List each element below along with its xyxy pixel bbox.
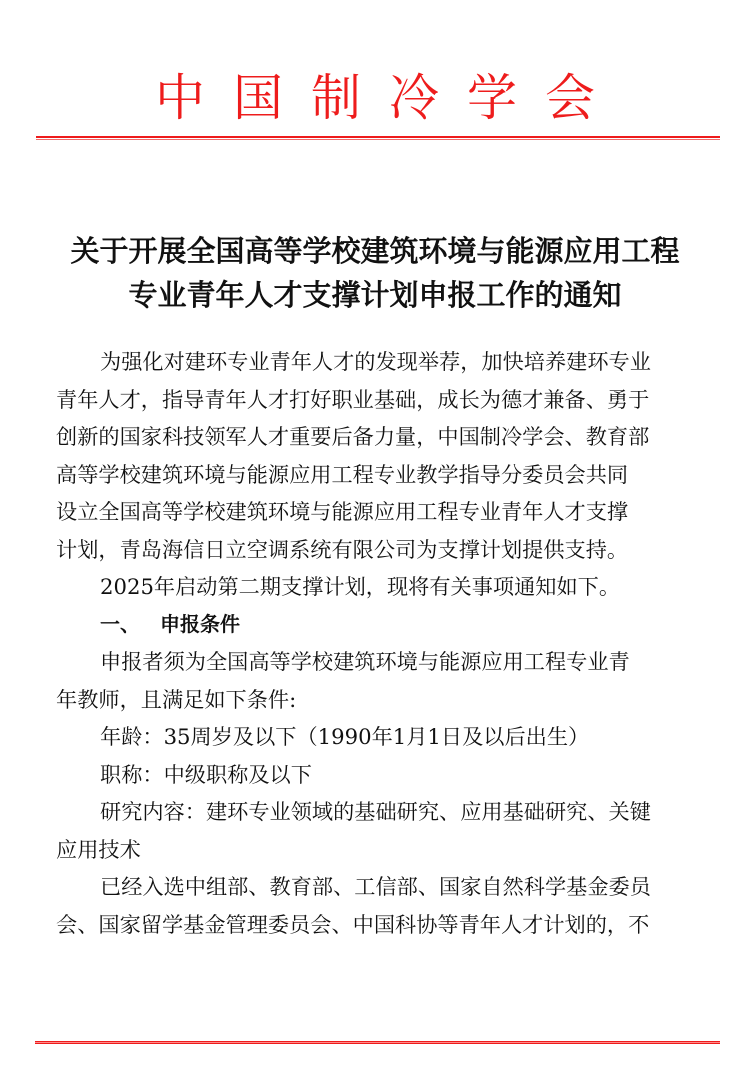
section-title: 申报条件	[160, 612, 240, 636]
age-requirement: 年龄：35周岁及以下（1990年1月1日及以后出生）	[56, 718, 696, 756]
text-line: 年教师，且满足如下条件:	[56, 681, 696, 719]
section-heading-1: 一、申报条件	[56, 606, 696, 644]
text-line: 会、国家留学基金管理委员会、中国科协等青年人才计划的，不	[56, 906, 696, 944]
text-line: 年龄：35周岁及以下（1990年1月1日及以后出生）	[56, 718, 696, 756]
text-line: 研究内容：建环专业领域的基础研究、应用基础研究、关键	[56, 793, 696, 831]
section-number: 一、	[100, 606, 160, 644]
exclusion-clause: 已经入选中组部、教育部、工信部、国家自然科学基金委员 会、国家留学基金管理委员会…	[56, 868, 696, 943]
text-line: 设立全国高等学校建筑环境与能源应用工程专业青年人才支撑	[56, 493, 696, 531]
intro-paragraph: 为强化对建环专业青年人才的发现举荐，加快培养建环专业 青年人才，指导青年人才打好…	[56, 343, 696, 568]
title-line-1: 关于开展全国高等学校建筑环境与能源应用工程	[0, 229, 750, 273]
footer-divider-highlight	[35, 1042, 720, 1043]
launch-paragraph: 2025年启动第二期支撑计划，现将有关事项通知如下。	[56, 568, 696, 606]
organization-letterhead: 中国制冷学会	[0, 68, 750, 128]
text-line: 青年人才，指导青年人才打好职业基础，成长为德才兼备、勇于	[56, 381, 696, 419]
document-body: 为强化对建环专业青年人才的发现举荐，加快培养建环专业 青年人才，指导青年人才打好…	[56, 343, 696, 943]
text-line: 申报者须为全国高等学校建筑环境与能源应用工程专业青	[56, 643, 696, 681]
title-line-2: 专业青年人才支撑计划申报工作的通知	[0, 273, 750, 317]
letterhead-divider-thick	[36, 136, 720, 138]
text-line: 应用技术	[56, 831, 696, 869]
text-line: 创新的国家科技领军人才重要后备力量，中国制冷学会、教育部	[56, 418, 696, 456]
eligibility-intro: 申报者须为全国高等学校建筑环境与能源应用工程专业青 年教师，且满足如下条件:	[56, 643, 696, 718]
document-title: 关于开展全国高等学校建筑环境与能源应用工程 专业青年人才支撑计划申报工作的通知	[0, 229, 750, 317]
text-line: 2025年启动第二期支撑计划，现将有关事项通知如下。	[56, 568, 696, 606]
text-line: 职称：中级职称及以下	[56, 756, 696, 794]
text-line: 计划，青岛海信日立空调系统有限公司为支撑计划提供支持。	[56, 531, 696, 569]
letterhead-divider-thin	[36, 139, 720, 140]
text-line: 高等学校建筑环境与能源应用工程专业教学指导分委员会共同	[56, 456, 696, 494]
title-requirement: 职称：中级职称及以下	[56, 756, 696, 794]
text-line: 为强化对建环专业青年人才的发现举荐，加快培养建环专业	[56, 343, 696, 381]
research-requirement: 研究内容：建环专业领域的基础研究、应用基础研究、关键 应用技术	[56, 793, 696, 868]
text-line: 已经入选中组部、教育部、工信部、国家自然科学基金委员	[56, 868, 696, 906]
